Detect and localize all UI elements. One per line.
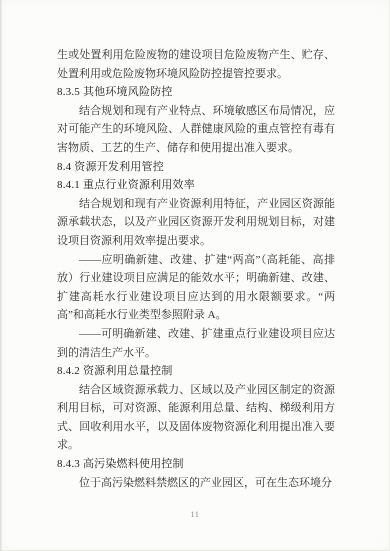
dash-item-paragraph: ——应明确新建、改建、扩建“两高”（高耗能、高排放）行业建设项目应满足的能效水平… — [57, 251, 335, 325]
section-heading-8-3-5: 8.3.5 其他环境风险防控 — [57, 83, 335, 102]
section-heading-8-4-2: 8.4.2 资源利用总量控制 — [57, 362, 335, 381]
section-heading-8-4-1: 8.4.1 重点行业资源利用效率 — [57, 176, 335, 195]
paragraph: 位于高污染燃料禁燃区的产业园区，可在生态环境分 — [57, 474, 335, 493]
paragraph: 结合区域资源承载力、区域以及产业园区制定的资源利用目标，可对资源、能源利用总量、… — [57, 381, 335, 455]
dash-item-paragraph: ——可明确新建、改建、扩建重点行业建设项目应达到的清洁生产水平。 — [57, 325, 335, 362]
section-heading-8-4: 8.4 资源开发利用管控 — [57, 158, 335, 177]
document-body: 生或处置利用危险废物的建设项目危险废物产生、贮存、处置利用或危险废物环境风险防控… — [57, 46, 335, 492]
section-heading-8-4-3: 8.4.3 高污染燃料使用控制 — [57, 455, 335, 474]
page-number: 11 — [0, 510, 390, 520]
paragraph: 结合规划和现有产业资源利用特征，产业园区资源能源承载状态，以及产业园区资源开发利… — [57, 195, 335, 251]
paragraph: 结合规划和现有产业特点、环境敏感区布局情况，应对可能产生的环境风险、人群健康风险… — [57, 102, 335, 158]
paragraph-continuation: 生或处置利用危险废物的建设项目危险废物产生、贮存、处置利用或危险废物环境风险防控… — [57, 46, 335, 83]
document-page: 生或处置利用危险废物的建设项目危险废物产生、贮存、处置利用或危险废物环境风险防控… — [0, 0, 390, 551]
